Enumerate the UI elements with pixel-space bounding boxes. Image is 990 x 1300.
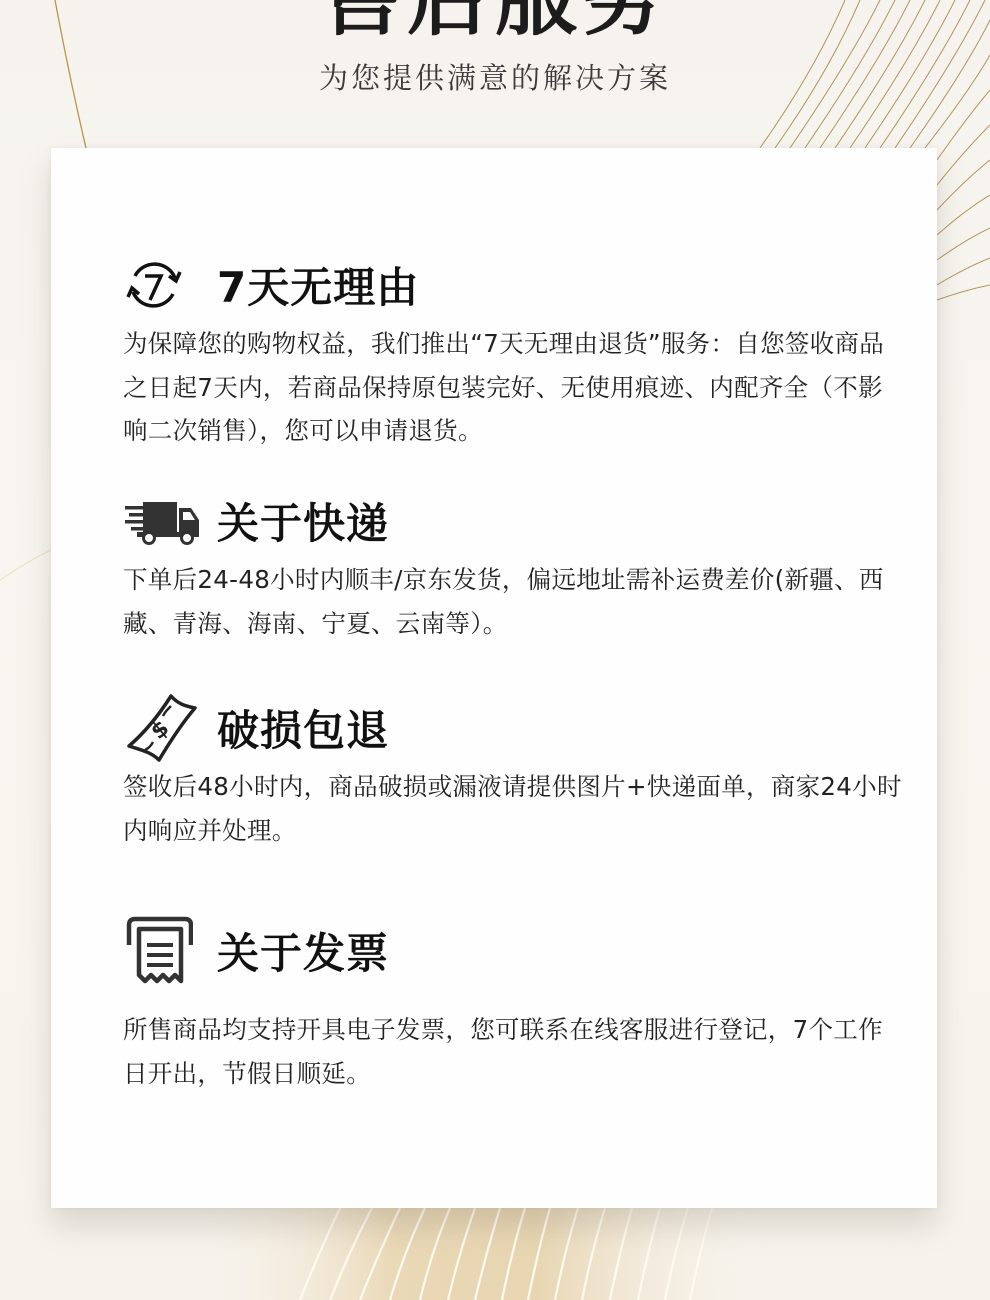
section-title: 关于发票 [217, 921, 389, 981]
receipt-icon [123, 916, 207, 986]
section-header: $ 破损包退 [123, 693, 903, 763]
section-body: 所售商品均支持开具电子发票，您可联系在线客服进行登记，7个工作日开出，节假日顺延… [123, 1008, 903, 1095]
section-invoice: 关于发票 所售商品均支持开具电子发票，您可联系在线客服进行登记，7个工作日开出，… [123, 916, 903, 1095]
section-title: 破损包退 [217, 698, 389, 758]
section-delivery: 关于快递 下单后24-48小时内顺丰/京东发货，偏远地址需补运费差价(新疆、西藏… [123, 486, 903, 645]
section-header: 关于发票 [123, 916, 903, 986]
section-seven-day-return: 7天无理由 为保障您的购物权益，我们推出“7天无理由退货”服务：自您签收商品之日… [123, 250, 903, 453]
delivery-truck-icon [123, 486, 207, 556]
section-body: 下单后24-48小时内顺丰/京东发货，偏远地址需补运费差价(新疆、西藏、青海、海… [123, 558, 903, 645]
section-body: 为保障您的购物权益，我们推出“7天无理由退货”服务：自您签收商品之日起7天内，若… [123, 322, 903, 453]
money-bill-icon: $ [123, 693, 207, 763]
page-title: 售后服务 [0, 0, 990, 40]
section-body: 签收后48小时内，商品破损或漏液请提供图片+快递面单，商家24小时内响应并处理。 [123, 765, 903, 852]
after-sales-card: 7天无理由 为保障您的购物权益，我们推出“7天无理由退货”服务：自您签收商品之日… [51, 148, 937, 1208]
section-damage-return: $ 破损包退 签收后48小时内，商品破损或漏液请提供图片+快递面单，商家24小时… [123, 693, 903, 852]
section-header: 关于快递 [123, 486, 903, 556]
section-title: 关于快递 [217, 491, 389, 551]
page-subtitle: 为您提供满意的解决方案 [0, 60, 990, 96]
seven-day-return-icon [123, 250, 207, 320]
section-header: 7天无理由 [123, 250, 903, 320]
section-title: 7天无理由 [217, 255, 419, 315]
